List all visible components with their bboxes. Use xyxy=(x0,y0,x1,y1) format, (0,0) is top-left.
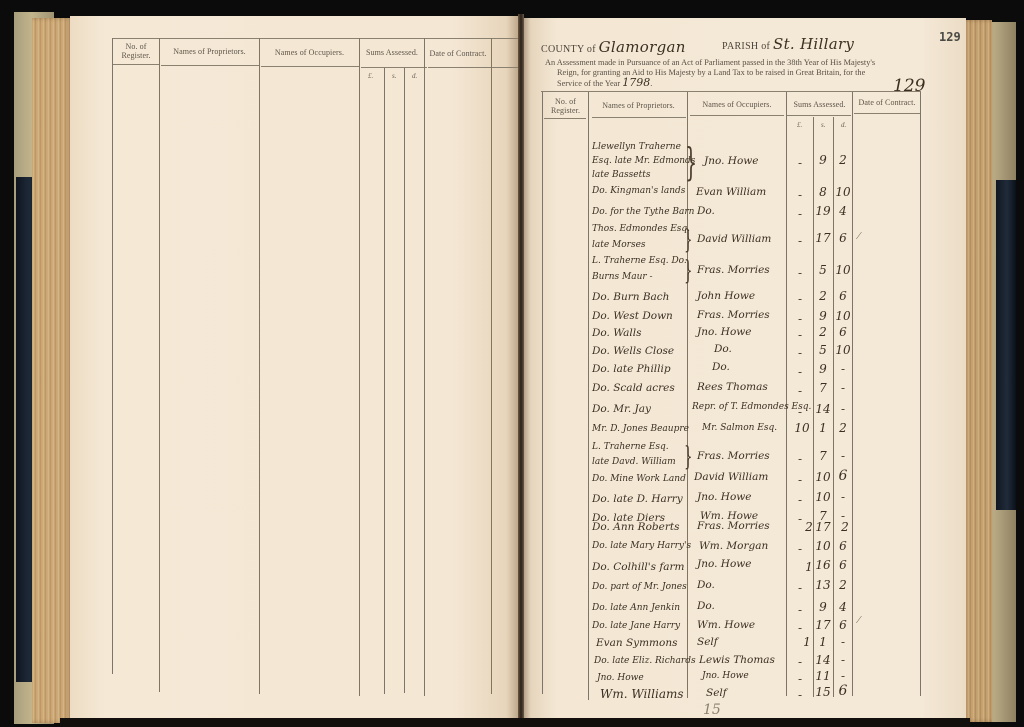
entry-proprietor: Do. Kingman's lands xyxy=(592,186,685,196)
check-mark-icon: ⁄ xyxy=(858,230,860,242)
entry-occupier: Do. xyxy=(697,205,715,217)
entry-shillings: 17 xyxy=(812,618,834,632)
entry-proprietor: Do. Burn Bach xyxy=(592,291,669,303)
right-header-sums: Sums Assessed. xyxy=(787,100,852,109)
right-table-top-rule xyxy=(541,91,921,92)
entry-occupier: Lewis Thomas xyxy=(699,654,775,666)
entry-pence: - xyxy=(832,362,854,376)
entry-pence: 10 xyxy=(832,185,854,199)
entry-shillings: 9 xyxy=(812,153,834,167)
page-number: 129 xyxy=(939,30,961,44)
right-header-rule xyxy=(690,115,784,116)
page-edges-left xyxy=(32,18,72,723)
entry-pence: - xyxy=(832,653,854,667)
entry-pence: 2 xyxy=(832,153,854,167)
entry-pounds: - xyxy=(789,672,811,686)
book-bottom-shadow xyxy=(60,718,970,727)
leather-binding-right xyxy=(996,180,1016,510)
entry-shillings: 7 xyxy=(812,449,834,463)
left-header-rule xyxy=(361,67,427,68)
brace-icon: } xyxy=(685,140,697,184)
entry-pence: 2 xyxy=(832,421,854,435)
entry-occupier: Mr. Salmon Esq. xyxy=(702,423,777,433)
left-col-rule xyxy=(491,38,492,694)
entry-proprietor: Do. for the Tythe Barn xyxy=(592,207,694,217)
entry-occupier: David William xyxy=(697,233,771,245)
page-edges-right xyxy=(962,20,992,722)
left-col-rule xyxy=(404,68,405,693)
entry-proprietor: Do. Wells Close xyxy=(592,345,674,357)
left-header-rule xyxy=(428,67,520,68)
left-header-occupiers: Names of Occupiers. xyxy=(260,48,359,57)
entry-occupier: Rees Thomas xyxy=(697,381,768,393)
entry-proprietor: Do. West Down xyxy=(592,310,673,322)
entry-occupier: Fras. Morries xyxy=(697,520,770,532)
entry-occupier: Jno. Howe xyxy=(702,671,749,681)
right-header-register: No. of Register. xyxy=(543,97,588,115)
left-header-register: No. of Register. xyxy=(113,42,159,60)
entry-pounds: - xyxy=(789,688,811,702)
act-preamble: An Assessment made in Pursuance of an Ac… xyxy=(545,58,935,89)
entry-shillings: 9 xyxy=(812,362,834,376)
entry-pence: 2 xyxy=(832,578,854,592)
entry-pence: 10 xyxy=(832,343,854,357)
left-header-rule xyxy=(112,64,160,65)
entry-proprietor: Jno. Howe xyxy=(597,673,644,683)
entry-pence: 4 xyxy=(832,204,854,218)
right-col-rule xyxy=(920,92,921,696)
entry-pence: - xyxy=(832,381,854,395)
entry-occupier: Fras. Morries xyxy=(697,309,770,321)
entry-pence: 6 xyxy=(832,325,854,339)
right-unit-pence: d. xyxy=(841,121,846,129)
act-line-1: An Assessment made in Pursuance of an Ac… xyxy=(545,58,875,67)
entry-pence: 2 xyxy=(834,520,856,534)
entry-proprietor: Do. late Phillip xyxy=(592,363,671,375)
entry-pounds: - xyxy=(789,655,811,669)
entry-occupier: Fras. Morries xyxy=(697,264,770,276)
right-unit-pounds: £. xyxy=(797,121,802,129)
entry-pounds: - xyxy=(789,621,811,635)
entry-shillings: 8 xyxy=(812,185,834,199)
act-line-3: Service of the Year 1798. xyxy=(545,78,935,89)
act-line-2: Reign, for granting an Aid to His Majest… xyxy=(545,68,935,78)
entry-pence: 6 xyxy=(832,683,854,699)
entry-shillings: 10 xyxy=(812,490,834,504)
entry-shillings: 11 xyxy=(812,669,834,683)
entry-pounds: - xyxy=(789,603,811,617)
entry-pounds: - xyxy=(789,234,811,248)
right-col-rule xyxy=(786,92,787,696)
brace-icon: } xyxy=(684,442,692,472)
left-header-proprietors: Names of Proprietors. xyxy=(160,47,259,56)
entry-proprietor: late Davd. William xyxy=(592,457,676,467)
county-name: Glamorgan xyxy=(599,38,686,56)
entry-occupier: Do. xyxy=(697,579,715,591)
entry-pence: 6 xyxy=(832,468,854,484)
entry-pence: 6 xyxy=(832,539,854,553)
entry-shillings: 13 xyxy=(812,578,834,592)
entry-pence: - xyxy=(832,402,854,416)
entry-shillings: 19 xyxy=(812,204,834,218)
right-header-date: Date of Contract. xyxy=(854,98,920,107)
entry-pounds: - xyxy=(789,384,811,398)
entry-pounds: - xyxy=(789,312,811,326)
right-col-rule xyxy=(588,92,589,700)
parish-name: St. Hillary xyxy=(773,35,854,53)
entry-proprietor: Do. Ann Roberts xyxy=(592,521,679,533)
right-header-rule xyxy=(544,118,586,119)
entry-shillings: 15 xyxy=(812,685,834,699)
right-unit-shillings: s. xyxy=(821,121,825,129)
entry-pounds: - xyxy=(789,405,811,419)
left-header-sums: Sums Assessed. xyxy=(360,48,424,57)
entry-proprietor: Mr. D. Jones Beaupre xyxy=(592,424,689,434)
left-unit-pence: d. xyxy=(412,72,417,80)
entry-pence: 6 xyxy=(832,618,854,632)
entry-pounds: - xyxy=(789,346,811,360)
entry-pence: 10 xyxy=(832,263,854,277)
entry-pence: 6 xyxy=(832,231,854,245)
right-header-rule xyxy=(787,115,851,116)
entry-shillings: 16 xyxy=(812,558,834,572)
entry-pounds: - xyxy=(789,292,811,306)
entry-pounds: - xyxy=(789,493,811,507)
entry-occupier: John Howe xyxy=(697,290,755,302)
parish-line: PARISH of St. Hillary xyxy=(722,35,854,53)
right-header-occupiers: Names of Occupiers. xyxy=(688,100,786,109)
entry-shillings: 9 xyxy=(812,309,834,323)
entry-proprietor: Do. late Mary Harry's xyxy=(592,541,691,551)
entry-proprietor: Do. late Eliz. Richards xyxy=(594,656,696,666)
entry-proprietor: Evan Symmons xyxy=(596,637,677,649)
entry-proprietor: Burns Maur - xyxy=(592,272,653,282)
entry-occupier: Jno. Howe xyxy=(697,491,751,503)
left-header-rule xyxy=(161,65,259,66)
left-col-rule xyxy=(424,38,425,696)
entry-occupier: Jno. Howe xyxy=(697,326,751,338)
entry-proprietor: Thos. Edmondes Esq. xyxy=(592,224,690,234)
left-col-rule xyxy=(112,38,113,674)
entry-pounds: - xyxy=(789,207,811,221)
entry-proprietor: Do. Mine Work Land xyxy=(592,474,686,484)
left-page xyxy=(70,16,520,719)
entry-pounds: - xyxy=(789,581,811,595)
entry-proprietor: Wm. Williams xyxy=(600,687,684,701)
entry-proprietor: Do. late D. Harry xyxy=(592,493,683,505)
pencil-mark: 15 xyxy=(703,702,721,718)
entry-shillings: 1 xyxy=(812,421,834,435)
brace-icon: } xyxy=(684,256,692,286)
entry-shillings: 10 xyxy=(812,470,834,484)
entry-shillings: 2 xyxy=(812,289,834,303)
entry-pence: 6 xyxy=(832,558,854,572)
entry-shillings: 5 xyxy=(812,343,834,357)
left-unit-shillings: s. xyxy=(392,72,396,80)
entry-occupier: Do. xyxy=(697,600,715,612)
entry-occupier: Wm. Howe xyxy=(697,619,755,631)
entry-pence: - xyxy=(832,635,854,649)
right-col-rule xyxy=(542,92,543,694)
entry-pounds: - xyxy=(789,156,811,170)
left-unit-pounds: £. xyxy=(368,72,373,80)
entry-shillings: 14 xyxy=(812,402,834,416)
entry-proprietor: Do. Colhill's farm xyxy=(592,561,685,573)
entry-shillings: 1 xyxy=(812,635,834,649)
right-header-rule xyxy=(854,113,920,114)
right-header-rule xyxy=(592,117,686,118)
entry-pence: 10 xyxy=(832,309,854,323)
entry-proprietor: Do. late Jane Harry xyxy=(592,621,680,631)
book-gutter xyxy=(518,14,524,722)
left-col-rule xyxy=(359,38,360,696)
county-line: COUNTY of Glamorgan xyxy=(541,38,686,56)
entry-occupier: David William xyxy=(694,471,768,483)
entry-pence: - xyxy=(832,490,854,504)
entry-proprietor: L. Traherne Esq. Do. xyxy=(592,256,687,266)
right-header-proprietors: Names of Proprietors. xyxy=(590,101,687,110)
county-label: COUNTY of xyxy=(541,44,596,55)
entry-shillings: 17 xyxy=(812,520,834,534)
entry-pounds: - xyxy=(789,266,811,280)
entry-occupier: Evan William xyxy=(696,186,766,198)
entry-pence: - xyxy=(832,669,854,683)
left-col-rule xyxy=(259,38,260,694)
entry-occupier: Fras. Morries xyxy=(697,450,770,462)
entry-shillings: 9 xyxy=(812,600,834,614)
act-line-3-prefix: Service of the Year xyxy=(557,79,620,88)
parish-label: PARISH of xyxy=(722,41,770,52)
assessment-year: 1798 xyxy=(622,76,650,89)
entry-pounds: - xyxy=(789,365,811,379)
entry-proprietor: Do. late Ann Jenkin xyxy=(592,603,680,613)
entry-proprietor: Esq. late Mr. Edmonds xyxy=(592,156,695,166)
entry-proprietor: Do. part of Mr. Jones xyxy=(592,582,687,592)
entry-shillings: 10 xyxy=(812,539,834,553)
entry-proprietor: late Bassetts xyxy=(592,170,650,180)
entry-occupier: Wm. Morgan xyxy=(699,540,768,552)
entry-proprietor: L. Traherne Esq. xyxy=(592,442,669,452)
entry-proprietor: late Morses xyxy=(592,240,646,250)
entry-proprietor: Do. Mr. Jay xyxy=(592,403,651,415)
left-col-rule xyxy=(384,68,385,694)
brace-icon: } xyxy=(684,225,692,255)
entry-shillings: 7 xyxy=(812,381,834,395)
entry-pounds: - xyxy=(789,328,811,342)
entry-proprietor: Do. Scald acres xyxy=(592,382,675,394)
entry-occupier: Jno. Howe xyxy=(697,558,751,570)
entry-occupier: Do. xyxy=(714,343,732,355)
entry-occupier: Do. xyxy=(712,361,730,373)
entry-shillings: 5 xyxy=(812,263,834,277)
entry-pounds: 10 xyxy=(791,421,813,435)
entry-pence: 4 xyxy=(832,600,854,614)
entry-shillings: 17 xyxy=(812,231,834,245)
check-mark-icon: ⁄ xyxy=(858,614,860,626)
entry-shillings: 14 xyxy=(812,653,834,667)
entry-proprietor: Llewellyn Traherne xyxy=(592,142,681,152)
entry-pence: 6 xyxy=(832,289,854,303)
left-header-rule xyxy=(261,66,359,67)
entry-pounds: - xyxy=(789,473,811,487)
entry-pounds: - xyxy=(789,188,811,202)
entry-pounds: - xyxy=(789,452,811,466)
entry-pence: - xyxy=(832,449,854,463)
entry-proprietor: Do. Walls xyxy=(592,327,641,339)
entry-shillings: 2 xyxy=(812,325,834,339)
entry-occupier: Self xyxy=(706,687,727,699)
entry-occupier: Jno. Howe xyxy=(704,155,758,167)
left-header-date: Date of Contract. xyxy=(425,49,491,58)
left-table-top-rule xyxy=(112,38,521,39)
entry-occupier: Self xyxy=(697,636,718,648)
left-col-rule xyxy=(159,38,160,692)
entry-pounds: - xyxy=(789,542,811,556)
